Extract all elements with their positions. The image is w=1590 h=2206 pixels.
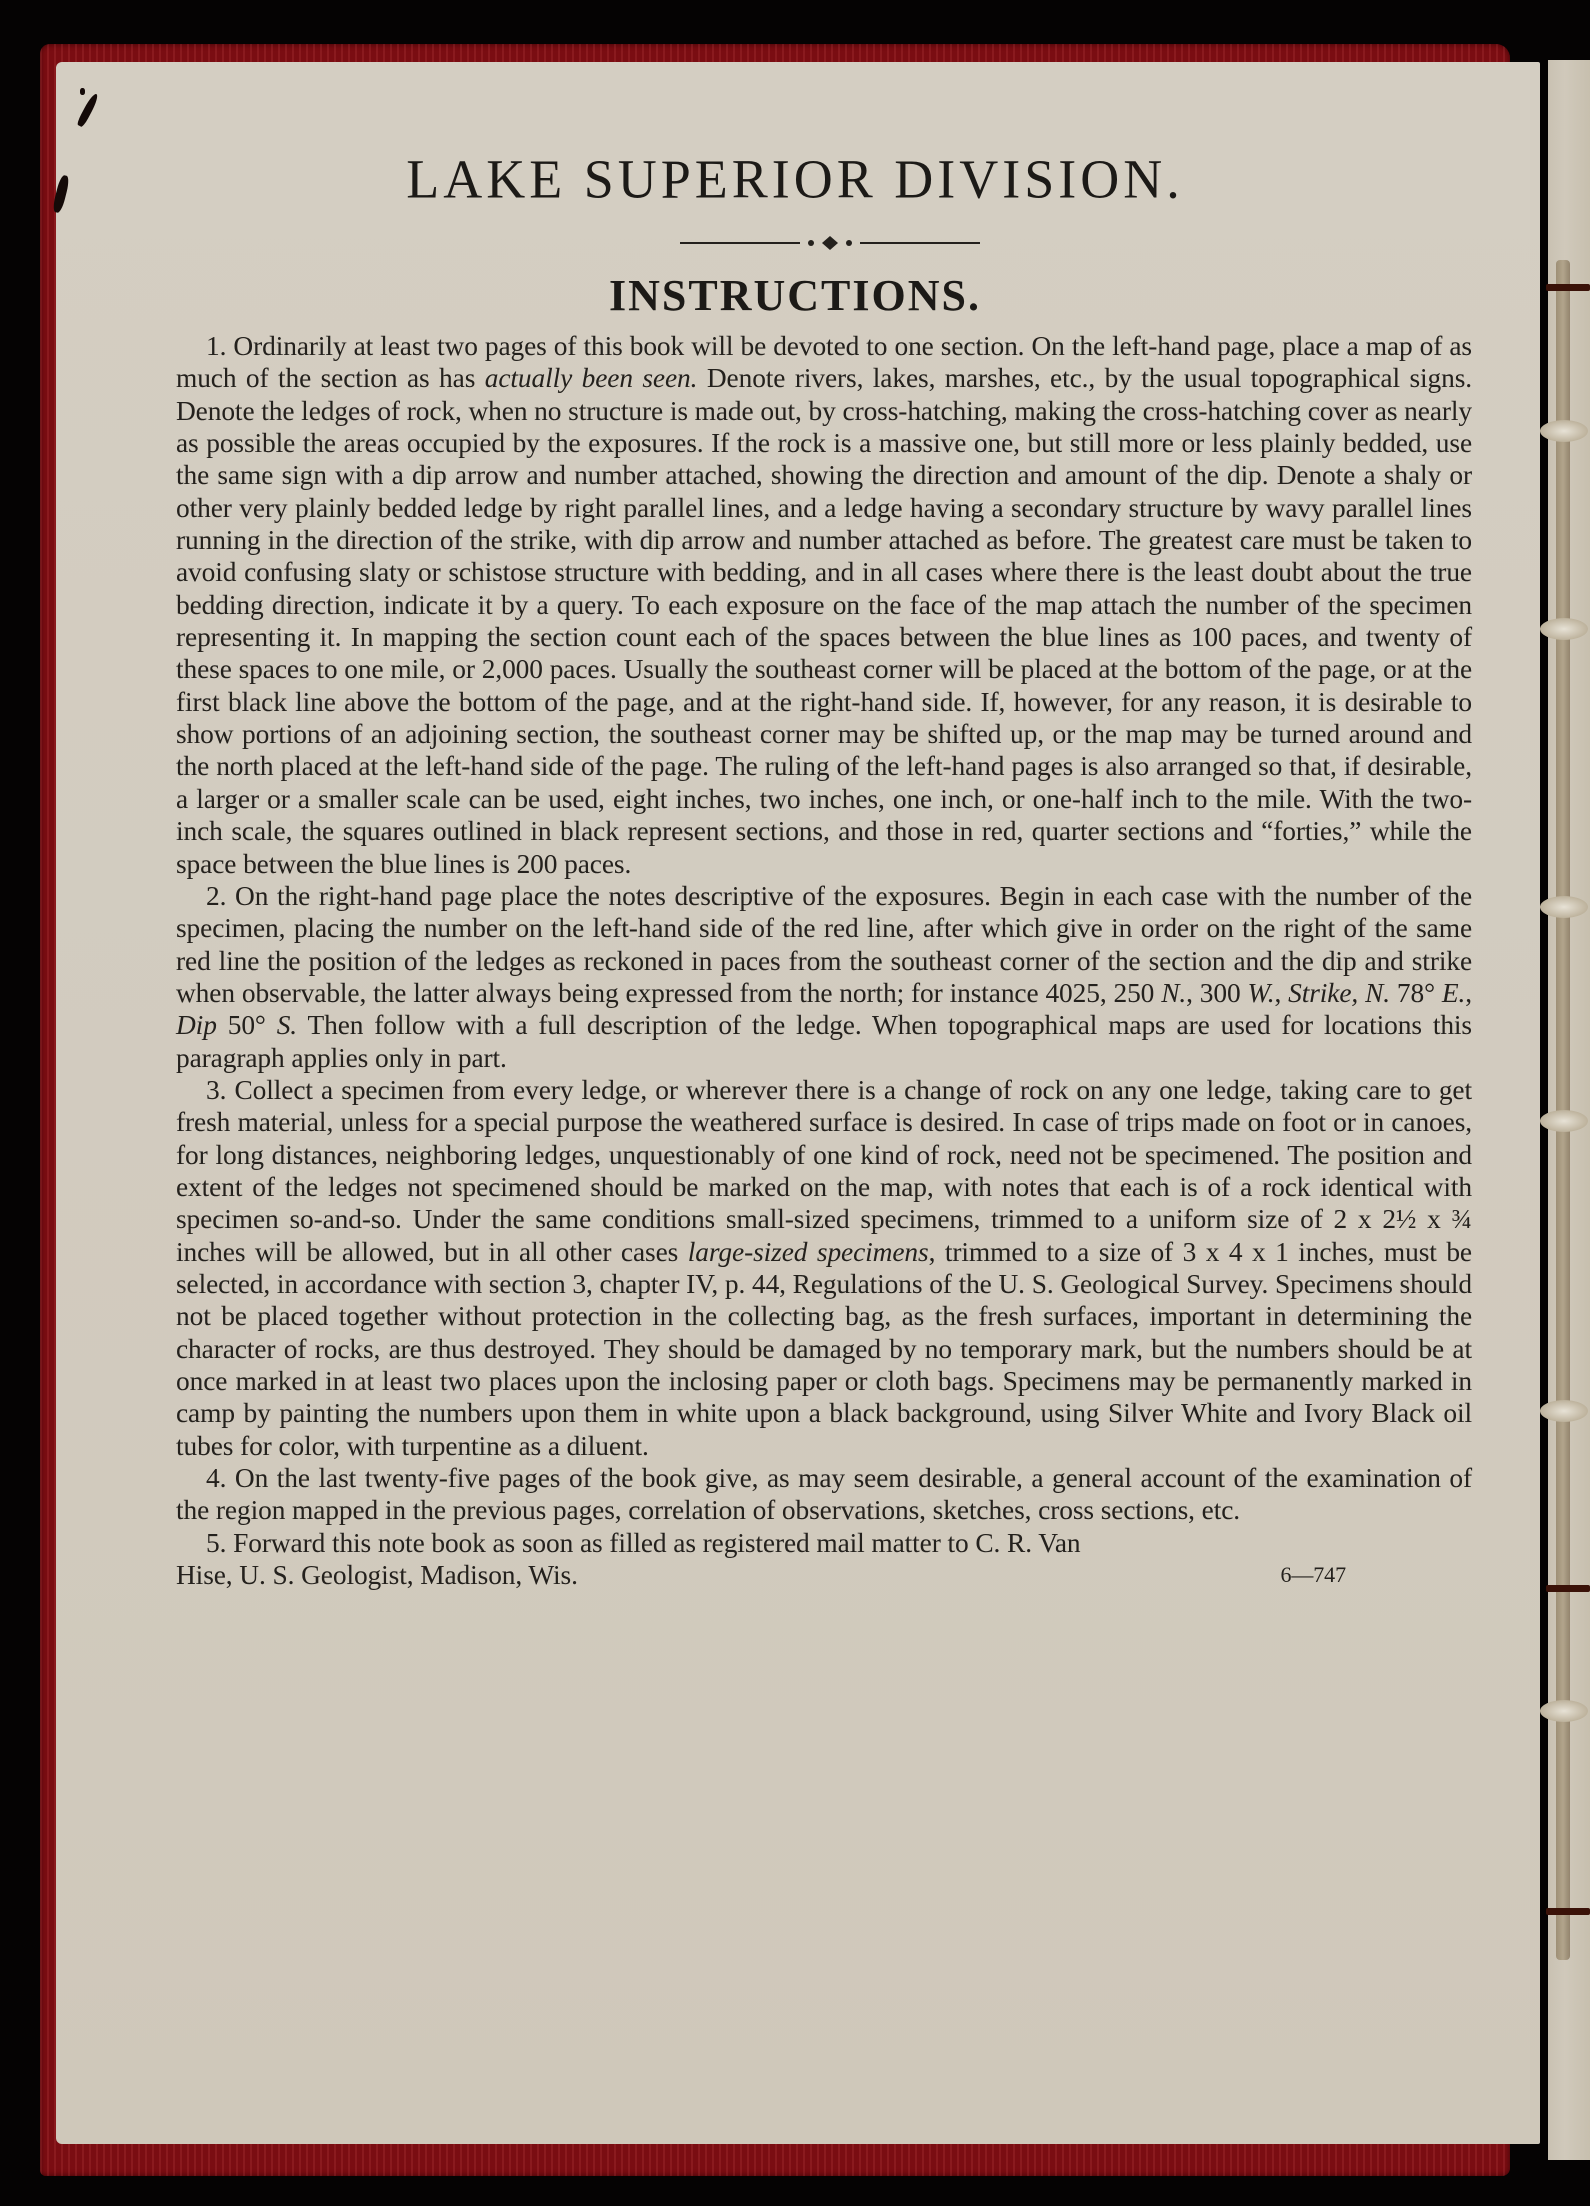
footer-line: Hise, U. S. Geologist, Madison, Wis. 6—7… bbox=[176, 1559, 1472, 1591]
italic-text: Dip bbox=[176, 1010, 217, 1040]
italic-text: E. bbox=[1442, 978, 1465, 1008]
italic-text: N. bbox=[1161, 978, 1186, 1008]
paragraph-number: 4. bbox=[206, 1463, 226, 1493]
form-number: 6—747 bbox=[1280, 1559, 1346, 1591]
binding-stitch bbox=[1546, 1585, 1590, 1592]
paragraph-text: 78° bbox=[1390, 978, 1442, 1008]
binding-stitch bbox=[1546, 1908, 1590, 1915]
paragraph-number: 1. bbox=[206, 331, 226, 361]
section-heading: INSTRUCTIONS. bbox=[0, 270, 1590, 321]
page-title: LAKE SUPERIOR DIVISION. bbox=[0, 147, 1590, 210]
paragraph-number: 2. bbox=[206, 881, 226, 911]
paragraph-text: , bbox=[1465, 978, 1472, 1008]
binding-knot bbox=[1540, 1110, 1588, 1132]
binding-knot bbox=[1540, 1400, 1588, 1422]
instruction-paragraph-1: 1. Ordinarily at least two pages of this… bbox=[176, 330, 1472, 880]
binding-knot bbox=[1540, 1700, 1588, 1722]
ornament-divider-icon bbox=[680, 236, 980, 250]
paragraph-text: , bbox=[1274, 978, 1288, 1008]
italic-text: S. bbox=[277, 1010, 297, 1040]
instruction-paragraph-5: 5. Forward this note book as soon as fil… bbox=[176, 1527, 1472, 1559]
paragraph-number: 5. bbox=[206, 1528, 226, 1558]
paragraph-text: 50° bbox=[217, 1010, 277, 1040]
binding-knot bbox=[1540, 896, 1588, 918]
ink-mark bbox=[80, 88, 85, 95]
instruction-paragraph-2: 2. On the right-hand page place the note… bbox=[176, 880, 1472, 1074]
paragraph-text: Forward this note book as soon as filled… bbox=[226, 1528, 1080, 1558]
instruction-paragraph-4: 4. On the last twenty-five pages of the … bbox=[176, 1462, 1472, 1527]
instruction-paragraph-3: 3. Collect a specimen from every ledge, … bbox=[176, 1074, 1472, 1462]
italic-text: large-sized specimens bbox=[688, 1237, 929, 1267]
paragraph-text: Then follow with a full description of t… bbox=[176, 1010, 1472, 1072]
italic-text: actually been seen. bbox=[485, 363, 698, 393]
paragraph-text: Denote rivers, lakes, marshes, etc., by … bbox=[176, 363, 1472, 878]
address-line: Hise, U. S. Geologist, Madison, Wis. bbox=[176, 1559, 578, 1591]
paragraph-text: , 300 bbox=[1186, 978, 1247, 1008]
binding-knot bbox=[1540, 618, 1588, 640]
italic-text: Strike, N. bbox=[1288, 978, 1390, 1008]
paragraph-text: , trimmed to a size of 3 x 4 x 1 inches,… bbox=[176, 1237, 1472, 1461]
italic-text: W. bbox=[1248, 978, 1275, 1008]
binding-knot bbox=[1540, 420, 1588, 442]
instructions-body: 1. Ordinarily at least two pages of this… bbox=[176, 330, 1472, 1591]
paragraph-text: On the last twenty-five pages of the boo… bbox=[176, 1463, 1472, 1525]
paragraph-number: 3. bbox=[206, 1075, 226, 1105]
